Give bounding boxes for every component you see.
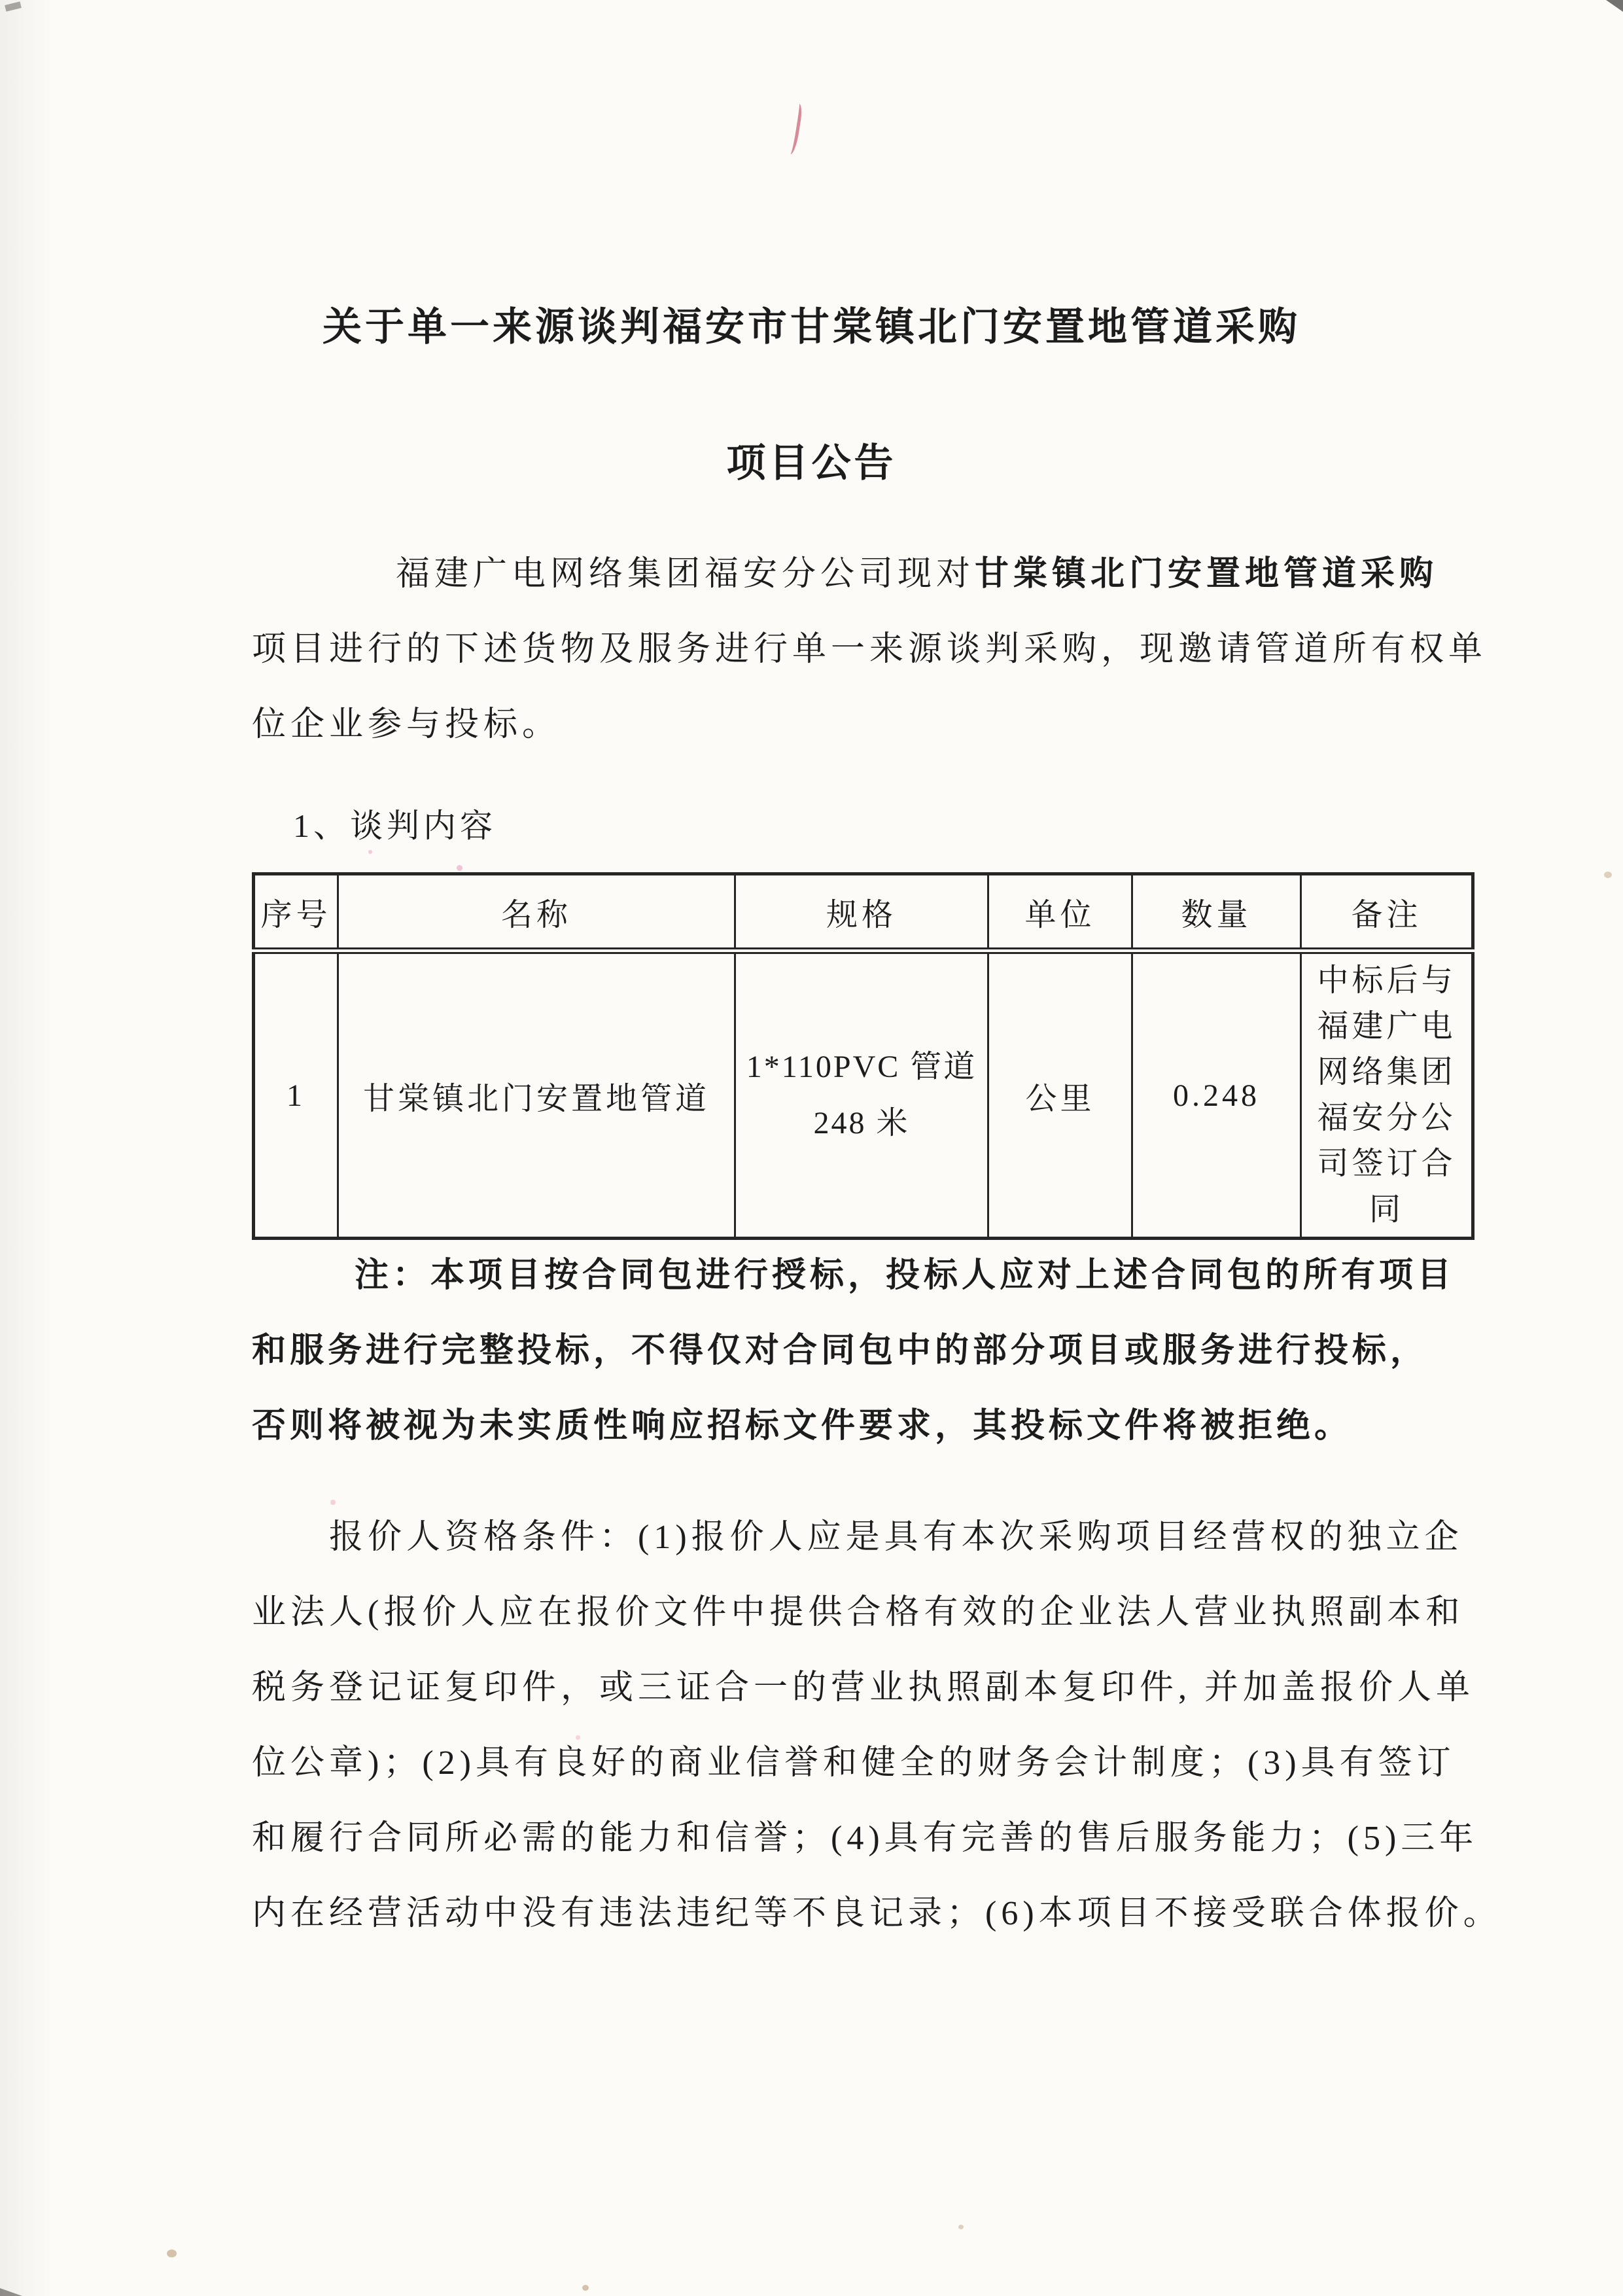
- table-cell-spec-line2: 248 米: [736, 1095, 987, 1152]
- qualification-line-2: 业法人(报价人应在报价文件中提供合格有效的企业法人营业执照副本和: [252, 1575, 1482, 1650]
- qualification-line-3: 税务登记证复印件，或三证合一的营业执照副本复印件, 并加盖报价人单: [252, 1650, 1482, 1725]
- document-title-line2: 项目公告: [0, 432, 1623, 488]
- scan-artifact-tan-speck: [958, 2225, 964, 2229]
- qualification-line-4: 位公章)；(2)具有良好的商业信誉和健全的财务会计制度；(3)具有签订: [252, 1725, 1482, 1801]
- section-heading-negotiation-content: 1、谈判内容: [293, 788, 497, 864]
- scan-artifact-red-mark: [784, 103, 803, 155]
- scanned-announcement-page: 关于单一来源谈判福安市甘棠镇北门安置地管道采购 项目公告 福建广电网络集团福安分…: [0, 0, 1623, 2296]
- qualification-line-1: 报价人资格条件：(1)报价人应是具有本次采购项目经营权的独立企: [252, 1500, 1482, 1575]
- scan-artifact-corner-mark: [0, 2288, 22, 2296]
- note-paragraph: 注：本项目按合同包进行授标，投标人应对上述合同包的所有项目 和服务进行完整投标，…: [252, 1238, 1482, 1464]
- table-cell-remark: 中标后与福建广电网络集团福安分公司签订合同: [1301, 951, 1473, 1239]
- table-cell-qty: 0.248: [1132, 951, 1301, 1239]
- table-cell-spec-line1: 1*110PVC 管道: [736, 1039, 987, 1095]
- table-header-remark: 备注: [1301, 874, 1473, 951]
- table-row: 1 甘棠镇北门安置地管道 1*110PVC 管道 248 米 公里 0.248 …: [254, 951, 1473, 1239]
- intro-paragraph: 福建广电网络集团福安分公司现对甘棠镇北门安置地管道采购 项目进行的下述货物及服务…: [252, 537, 1482, 762]
- table-header-name: 名称: [338, 874, 735, 951]
- table-header-qty: 数量: [1132, 874, 1301, 951]
- table-header-unit: 单位: [988, 874, 1132, 951]
- intro-line-2: 项目进行的下述货物及服务进行单一来源谈判采购，现邀请管道所有权单: [252, 612, 1482, 687]
- scan-artifact-corner-mark: [5, 1, 22, 12]
- table-cell-unit: 公里: [988, 951, 1132, 1239]
- note-line-2: 和服务进行完整投标，不得仅对合同包中的部分项目或服务进行投标，: [252, 1313, 1482, 1388]
- qualification-line-6: 内在经营活动中没有违法违纪等不良记录；(6)本项目不接受联合体报价。: [252, 1876, 1482, 1951]
- table-header-row: 序号 名称 规格 单位 数量 备注: [254, 874, 1473, 951]
- qualification-paragraph: 报价人资格条件：(1)报价人应是具有本次采购项目经营权的独立企 业法人(报价人应…: [252, 1500, 1482, 1951]
- scan-artifact-tan-speck: [582, 2285, 589, 2291]
- table-cell-seq: 1: [254, 951, 338, 1239]
- intro-line-1: 福建广电网络集团福安分公司现对甘棠镇北门安置地管道采购: [252, 537, 1482, 612]
- negotiation-content-table: 序号 名称 规格 单位 数量 备注 1 甘棠镇北门安置地管道 1*110PVC …: [252, 872, 1475, 1240]
- intro-line-1-bold-text: 甘棠镇北门安置地管道采购: [975, 555, 1438, 593]
- scan-artifact-corner-mark: [1606, 0, 1623, 12]
- table-cell-spec: 1*110PVC 管道 248 米: [735, 951, 988, 1239]
- scan-artifact-tan-speck: [1604, 872, 1612, 878]
- table-cell-name: 甘棠镇北门安置地管道: [338, 951, 735, 1239]
- scan-artifact-tan-speck: [167, 2250, 177, 2257]
- intro-line-1-text: 福建广电网络集团福安分公司现对: [396, 556, 975, 593]
- qualification-line-5: 和履行合同所必需的能力和信誉；(4)具有完善的售后服务能力；(5)三年: [252, 1801, 1482, 1876]
- scan-artifact-pink-speck: [457, 865, 462, 871]
- table-header-seq: 序号: [254, 874, 338, 951]
- note-line-1: 注：本项目按合同包进行授标，投标人应对上述合同包的所有项目: [252, 1238, 1482, 1313]
- note-line-3: 否则将被视为未实质性响应招标文件要求，其投标文件将被拒绝。: [252, 1388, 1482, 1464]
- document-title-line1: 关于单一来源谈判福安市甘棠镇北门安置地管道采购: [0, 296, 1623, 352]
- table-header-spec: 规格: [735, 874, 988, 951]
- intro-line-3: 位企业参与投标。: [252, 687, 1482, 762]
